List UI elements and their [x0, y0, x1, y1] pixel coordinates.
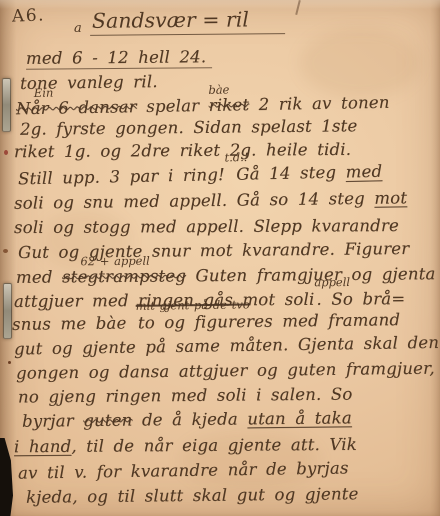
- crossed-out-insert: mit gjent på de tvo: [136, 297, 250, 312]
- line-text: . So brå=: [316, 289, 405, 309]
- handwriting-line: med 62 + appellstegtrampsteg Guten framg…: [16, 264, 436, 287]
- underlined-word: med: [345, 162, 382, 182]
- handwriting-line: soli og stogg med appell. Slepp kvarandr…: [14, 216, 399, 237]
- handwriting-line: EinNår 6 dansar spelar bàeriket 2 rik av…: [16, 93, 390, 119]
- inserted-word: t.d.!: [224, 150, 248, 164]
- handwriting-line: gongen og dansa attgjuer og guten framgj…: [16, 358, 440, 382]
- ink-speck: [3, 249, 8, 253]
- underlined-phrase: i hand: [14, 437, 72, 456]
- handwriting-line: med 6 - 12 hell 24.: [26, 47, 212, 68]
- line-text: 2 rik av tonen: [249, 93, 390, 114]
- line-text: snus me bàe: [12, 313, 136, 334]
- handwriting-line: kjeda, og til slutt skal gut og gjente: [26, 484, 359, 506]
- page-title: Sandsvær = ril: [90, 7, 285, 36]
- handwriting-line: Still upp. 3 par i ring!t.d.! Gå 14 steg…: [18, 160, 383, 188]
- line-text: Guten framgjuer og gjenta: [186, 264, 436, 285]
- inserted-word: bàe: [208, 83, 229, 97]
- ink-speck: [8, 361, 11, 364]
- line-text: Gå 14 steg: [227, 162, 346, 183]
- line-text: to og figureres med framand: [138, 310, 400, 332]
- crossed-out-text: guten: [83, 411, 132, 431]
- crossed-out-text: riket: [209, 95, 250, 115]
- handwriting-line: gut og gjente på same måten. Gjenta skal…: [14, 332, 440, 358]
- inserted-word: appell: [314, 275, 350, 289]
- line-text: de å kjeda: [132, 409, 247, 429]
- staple-middle: [3, 283, 12, 339]
- line-text: byrjar: [22, 411, 83, 431]
- line-text: , til de når eiga gjente att. Vik: [71, 435, 357, 456]
- crossed-out-text: stegtrampsteg: [62, 266, 186, 286]
- handwriting-line: byrjar guten de å kjeda utan å taka: [22, 408, 352, 430]
- line-text: soli og snu med appell. Gå so 14 steg: [14, 189, 375, 213]
- underlined-word: mot: [374, 188, 407, 207]
- handwriting-line: Gut og gjente snur mot kvarandre. Figure…: [18, 239, 409, 262]
- handwriting-line: i hand, til de når eiga gjente att. Vik: [14, 435, 357, 456]
- page-label: A6.: [12, 5, 46, 26]
- handwriting-line: soli og snu med appell. Gå so 14 steg mo…: [14, 188, 407, 212]
- line-text: med 6 - 12 hell 24.: [26, 47, 212, 70]
- staple-top: [2, 78, 11, 132]
- underlined-phrase: utan å taka: [247, 408, 352, 428]
- handwriting-line: riket 1g. og 2dre riket 2g. heile tidi.: [14, 140, 351, 161]
- page-edge-shadow: [430, 0, 440, 516]
- manuscript-page: A6. a Sandsvær = ril med 6 - 12 hell 24.…: [0, 0, 440, 516]
- handwriting-line: 2g. fyrste gongen. Sidan spelast 1ste: [20, 116, 358, 139]
- line-text: med: [16, 267, 62, 286]
- line-text: spelar: [137, 96, 209, 116]
- inserted-word: Ein: [34, 86, 54, 100]
- handwriting-line: snus me bàe mit gjent på de tvoto og fig…: [12, 309, 400, 334]
- title-prefix: a: [74, 21, 82, 36]
- inserted-word: 62 + appell: [80, 254, 149, 269]
- paper-stain: [300, 28, 420, 98]
- handwriting-line: no gjeng ringen med soli i salen. So: [18, 385, 353, 407]
- line-text: Still upp. 3 par i ring!: [18, 165, 225, 188]
- ink-speck: [4, 150, 8, 155]
- crossed-out-text: Når 6 dansar: [16, 97, 137, 118]
